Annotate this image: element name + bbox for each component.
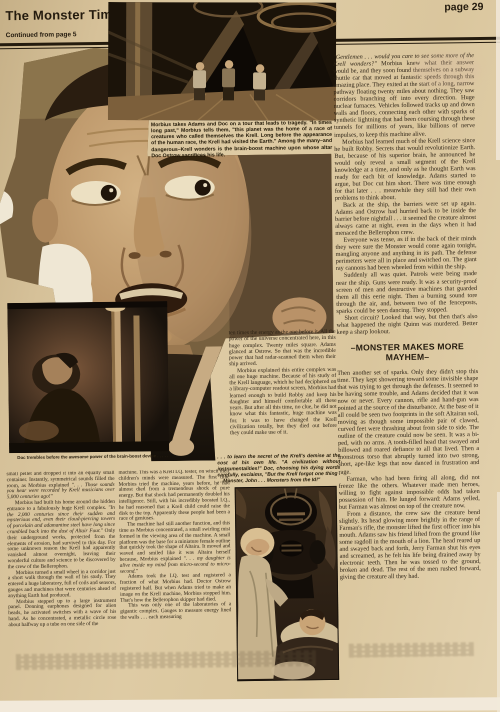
photo-doc-brain-boost (7, 301, 169, 453)
caption-id-quote: . . . to learn the secret of the Krell's… (217, 454, 340, 485)
paper-right-edge (496, 0, 500, 160)
continued-from-label: Continued from page 5 (6, 31, 77, 39)
photo-krell-tour (108, 2, 336, 121)
section-headline: –MONSTER MAKES MORE MAYHEM– (341, 341, 474, 364)
paper-bottom-edge (0, 697, 500, 712)
newspaper-page: The Monster Times page 29 Continued from… (0, 0, 500, 712)
article-right-column: "Gentlemen . . . would you care to see s… (333, 52, 482, 650)
bleed-through-text (349, 642, 474, 658)
page-number: page 29 (444, 1, 483, 14)
caption-krell-tour: Morbius takes Adams and Doc on a tour th… (151, 120, 332, 159)
article-upper-middle-column: ten times the energy as the one before i… (229, 329, 338, 452)
article-left-column: small pellet and dropped it into an equa… (6, 471, 116, 652)
article-middle-column: machine. This was a Krell I.Q. tester, o… (118, 469, 231, 650)
